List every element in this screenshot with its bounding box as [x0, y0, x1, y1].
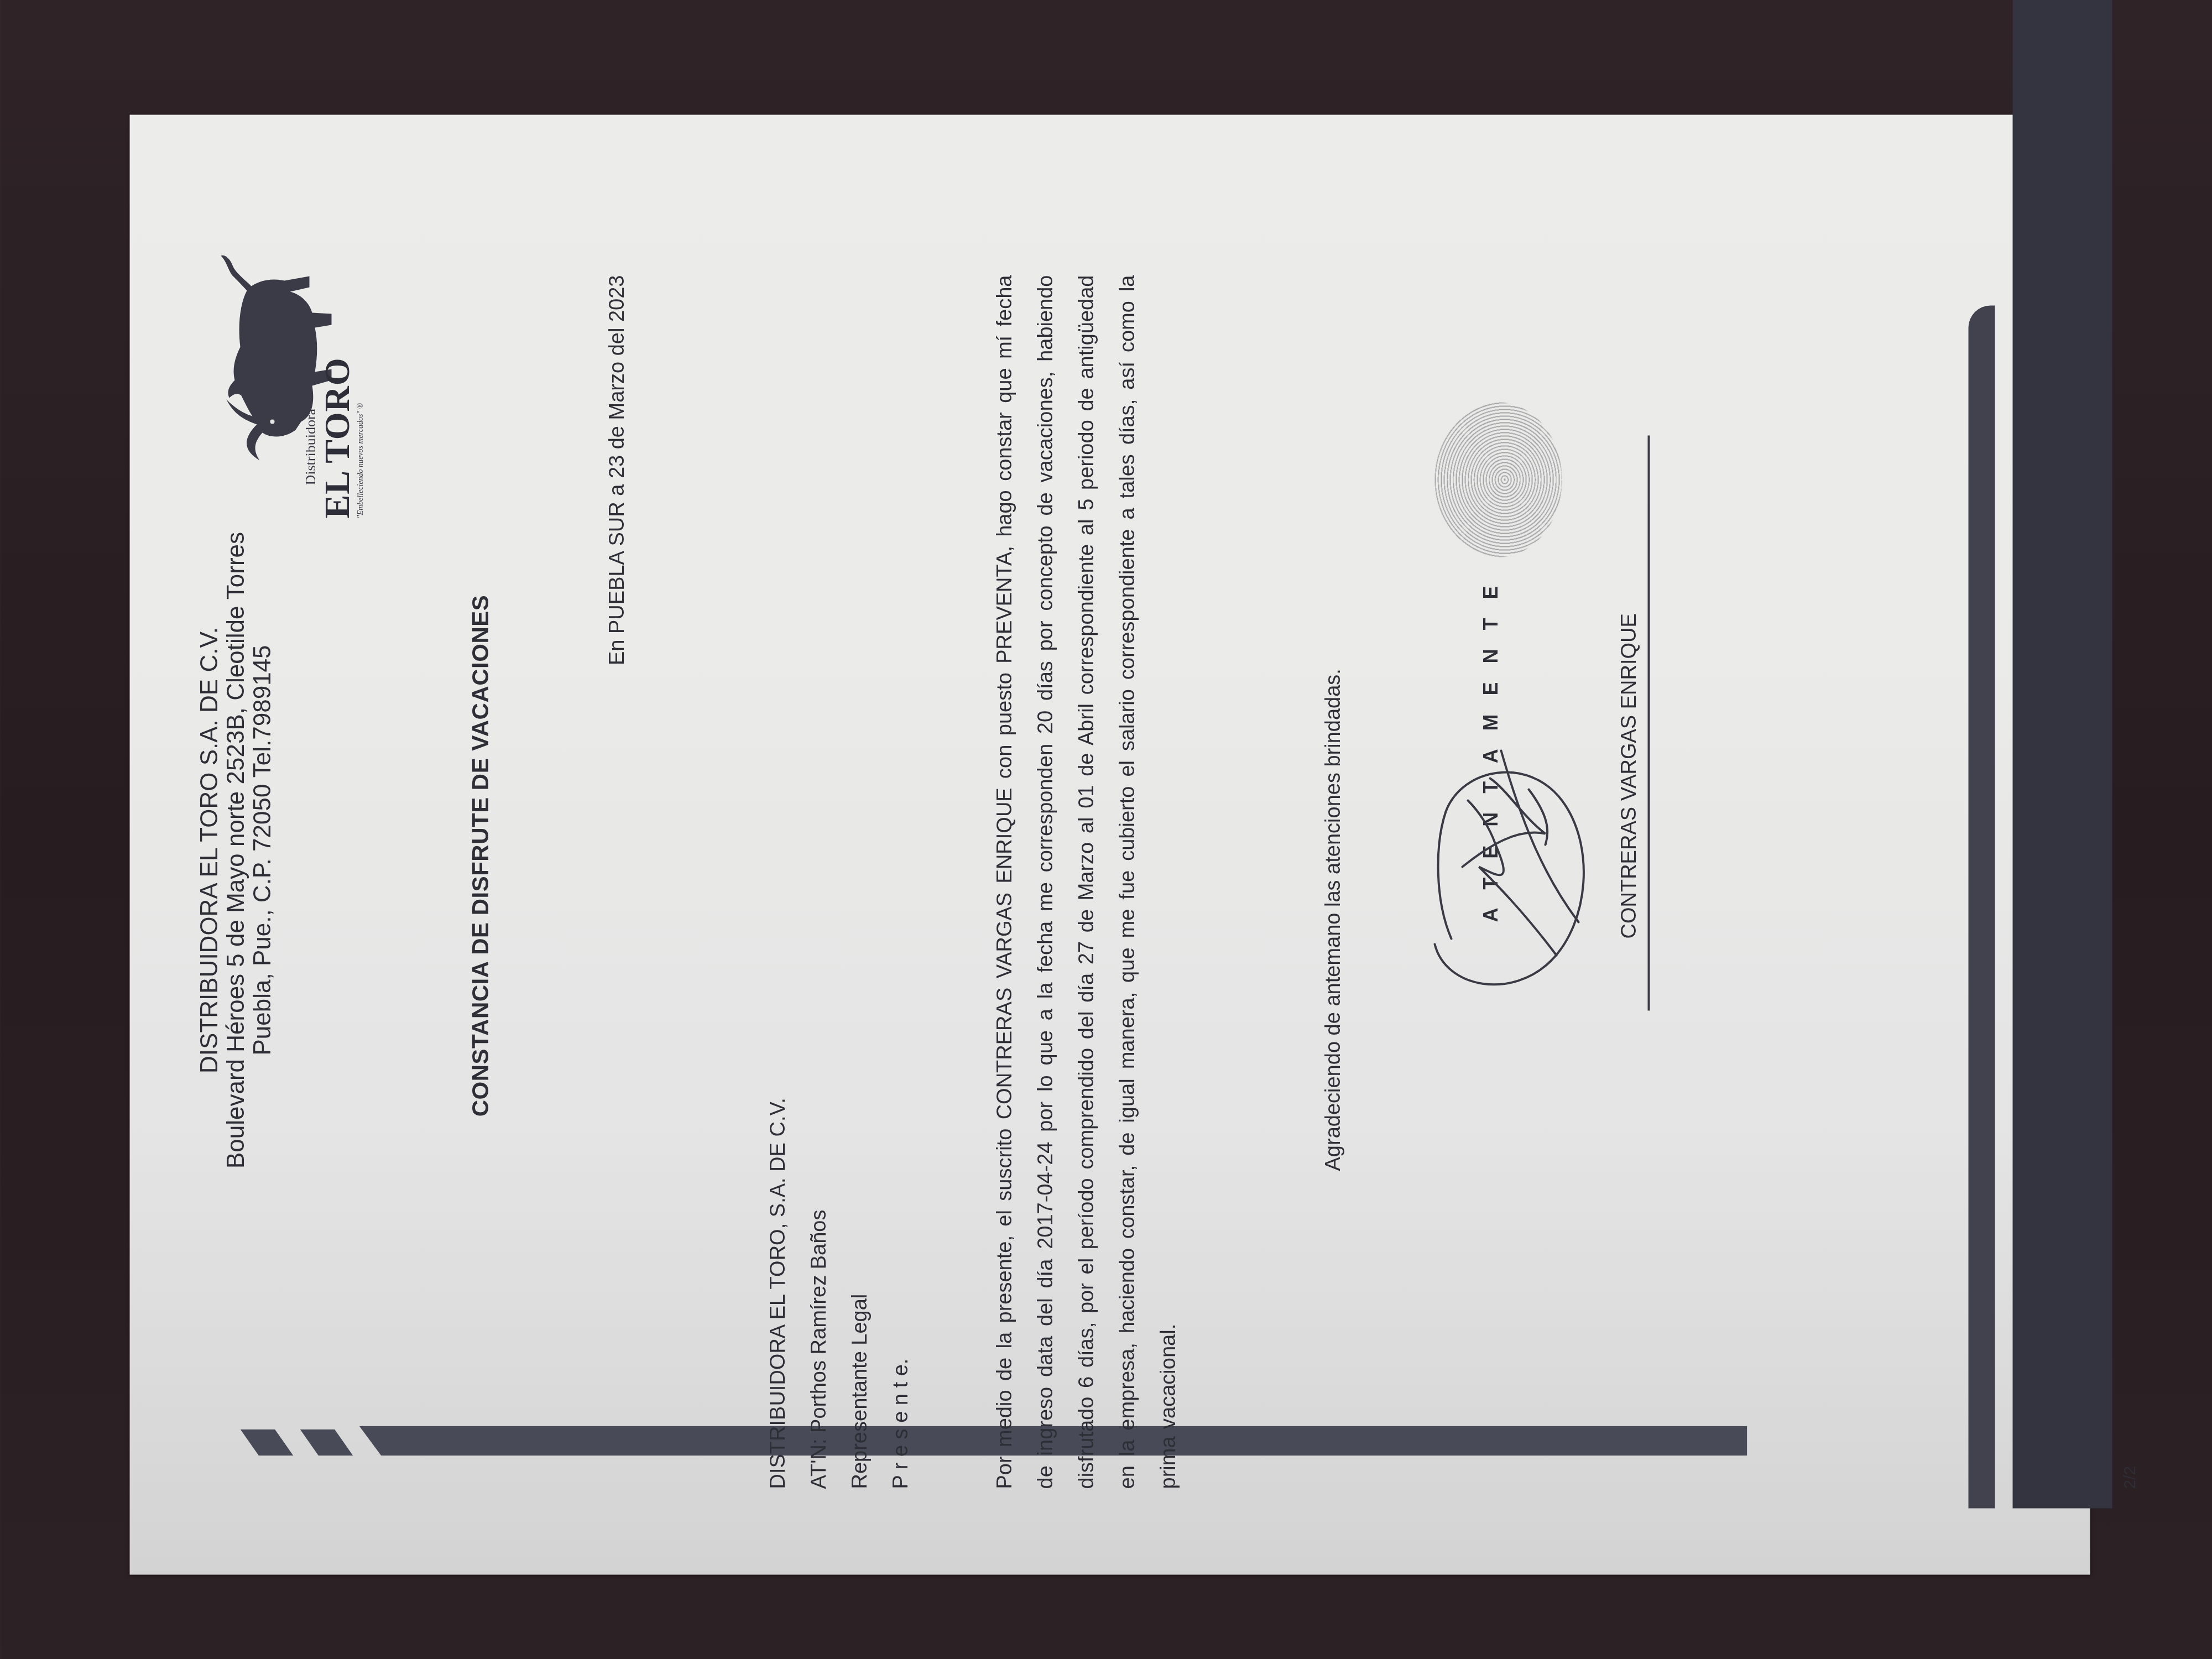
place-date: En PUEBLA SUR a 23 de Marzo del 2023	[606, 275, 629, 665]
decorative-footer-bar-thin	[1969, 305, 1995, 1508]
fingerprint-icon	[1435, 402, 1562, 557]
recipient-attention: AT'N: Porthos Ramírez Baños	[799, 1098, 839, 1489]
recipient-role: Representante Legal	[839, 1098, 880, 1489]
letter-body: Por medio de la presente, el suscrito CO…	[984, 275, 1189, 1489]
logo-tagline: "Embelleciendo nuevos mercados" ®	[357, 403, 366, 518]
page-number: 2/2	[2121, 1465, 2140, 1489]
handwritten-signature-icon	[1413, 701, 1612, 1010]
recipient-salutation: P r e s e n t e.	[880, 1098, 921, 1489]
decorative-dash	[241, 1429, 294, 1455]
company-logo: Distribuidora EL TORO "Embelleciendo nue…	[218, 175, 384, 535]
recipient-block: DISTRIBUIDORA EL TORO, S.A. DE C.V. AT'N…	[758, 1098, 921, 1489]
signature-line	[1648, 435, 1650, 1010]
closing-text: Agradeciendo de antemano las atenciones …	[1322, 669, 1345, 1171]
logo-brand-text: EL TORO	[317, 357, 358, 518]
decorative-footer-bar-thick	[2013, 0, 2112, 1508]
decorative-bar-group-top	[241, 1422, 1623, 1455]
recipient-company: DISTRIBUIDORA EL TORO, S.A. DE C.V.	[758, 1098, 799, 1489]
letterhead: DISTRIBUIDORA EL TORO S.A. DE C.V. Boule…	[196, 435, 276, 1265]
document-title: CONSTANCIA DE DISFRUTE DE VACACIONES	[467, 468, 494, 1243]
signer-name: CONTRERAS VARGAS ENRIQUE	[1618, 613, 1641, 938]
letterhead-address: Boulevard Héroes 5 de Mayo norte 2523B, …	[223, 435, 249, 1265]
letterhead-company: DISTRIBUIDORA EL TORO S.A. DE C.V.	[196, 435, 223, 1265]
decorative-dash	[300, 1429, 353, 1455]
letter-page: DISTRIBUIDORA EL TORO S.A. DE C.V. Boule…	[130, 114, 2090, 1574]
letterhead-city: Puebla, Pue., C.P. 72050 Tel.7989145	[249, 435, 276, 1265]
